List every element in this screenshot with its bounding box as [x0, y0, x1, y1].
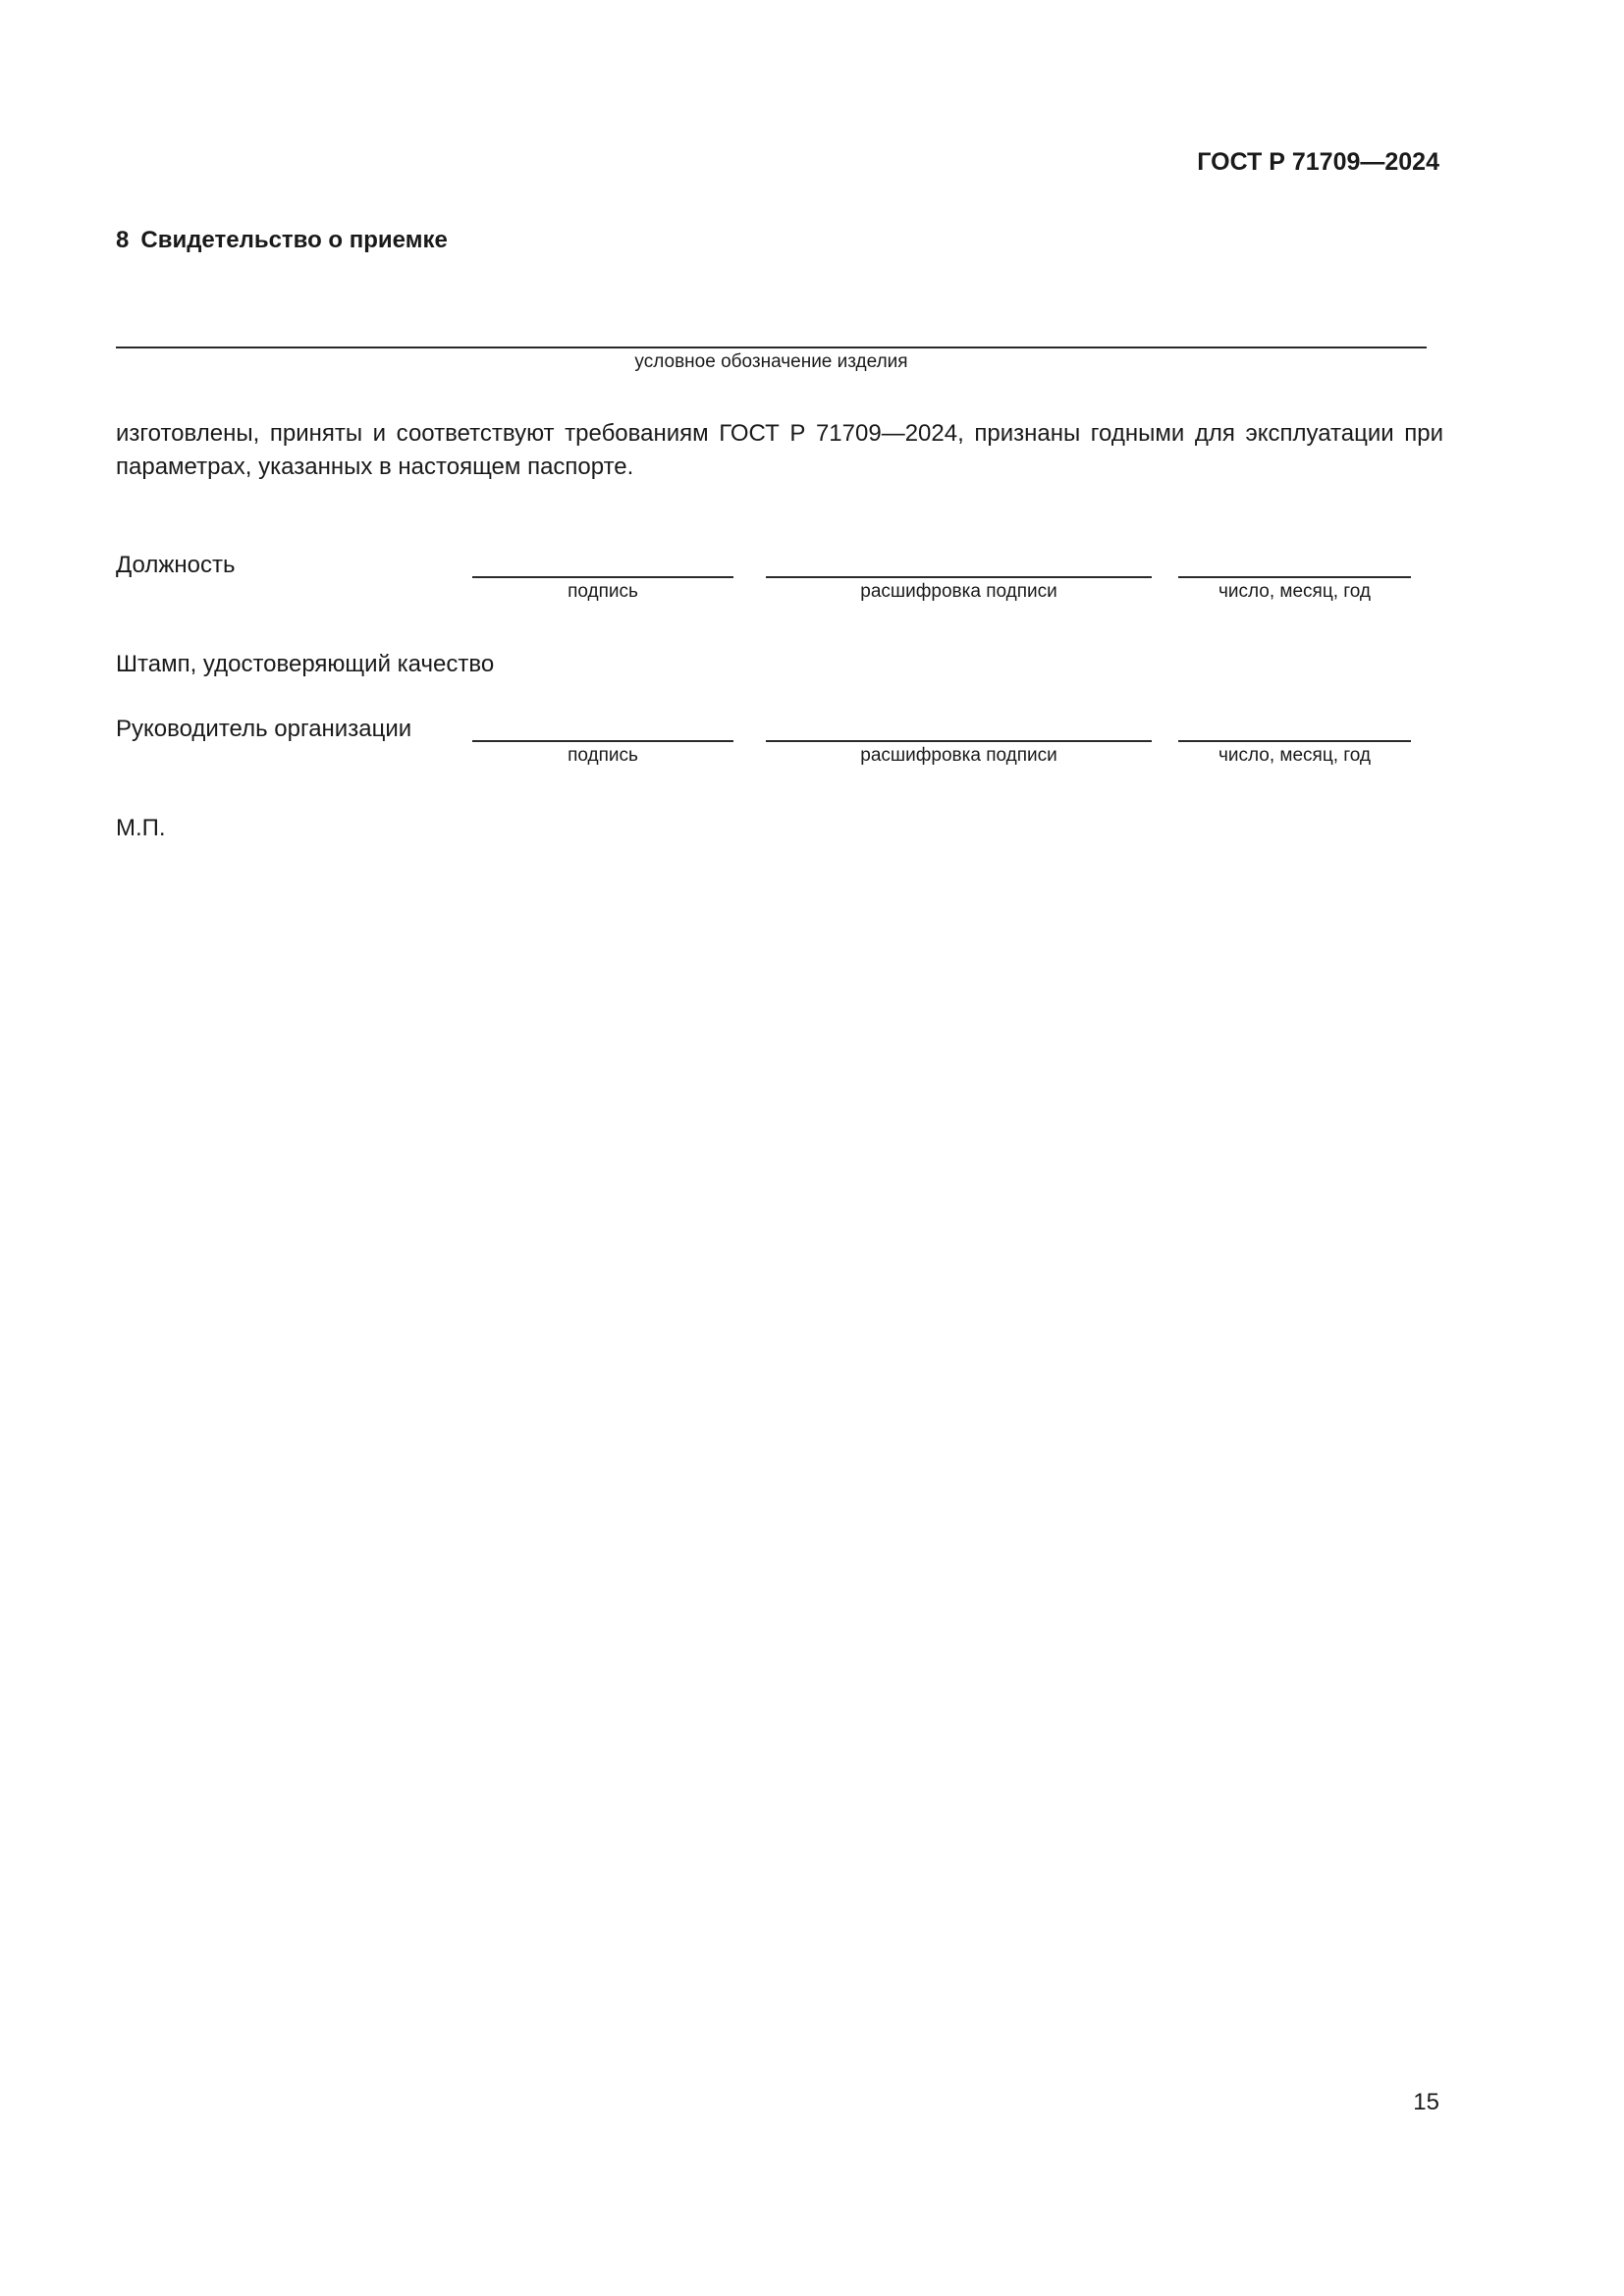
position-date-field[interactable]: [1178, 576, 1411, 578]
quality-stamp-label: Штамп, удостоверяющий качество: [116, 651, 494, 678]
page-number: 15: [1413, 2089, 1439, 2116]
head-name-field[interactable]: [766, 740, 1152, 742]
head-date-field[interactable]: [1178, 740, 1411, 742]
signature-caption: подпись: [472, 581, 733, 603]
seal-placeholder: М.П.: [116, 815, 166, 842]
product-designation-field[interactable]: [116, 347, 1427, 348]
section-title: Свидетельство о приемке: [140, 227, 447, 253]
signature-caption: подпись: [472, 745, 733, 767]
product-designation-caption: условное обозначение изделия: [116, 351, 1427, 373]
document-code: ГОСТ Р 71709—2024: [1197, 148, 1439, 177]
name-caption: расшифровка подписи: [766, 745, 1152, 767]
date-caption: число, месяц, год: [1178, 745, 1411, 767]
acceptance-statement: изготовлены, приняты и соответствуют тре…: [116, 417, 1443, 484]
date-caption: число, месяц, год: [1178, 581, 1411, 603]
head-of-organization-label: Руководитель организации: [116, 716, 411, 743]
position-name-field[interactable]: [766, 576, 1152, 578]
section-number: 8: [116, 227, 129, 253]
position-label: Должность: [116, 552, 236, 579]
head-signature-field[interactable]: [472, 740, 733, 742]
section-heading: 8Свидетельство о приемке: [116, 227, 448, 254]
name-caption: расшифровка подписи: [766, 581, 1152, 603]
position-signature-field[interactable]: [472, 576, 733, 578]
